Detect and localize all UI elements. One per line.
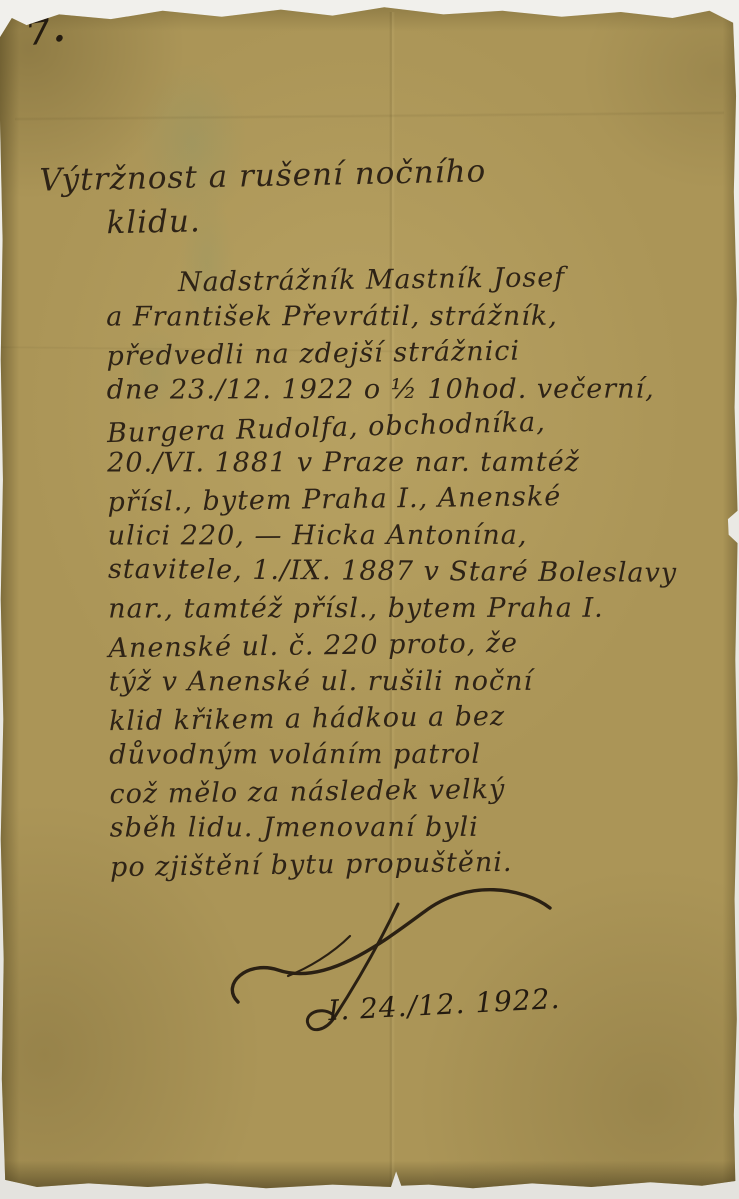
document-heading: Výtržnost a rušení nočního klidu. xyxy=(39,153,487,242)
handwritten-line: Nadstrážník Mastník Josef xyxy=(106,258,731,303)
handwritten-line: stavitele, 1./IX. 1887 v Staré Boleslavy xyxy=(108,552,733,593)
handwritten-line: sběh lidu. Jmenovaní byli xyxy=(110,809,735,847)
handwritten-line: ulici 220, — Hicka Antonína, xyxy=(108,517,733,555)
handwritten-line: důvodným voláním patrol xyxy=(109,736,734,774)
handwritten-line: což mělo za následek velký xyxy=(109,769,734,814)
handwritten-line: nar., tamtéž přísl., bytem Praha I. xyxy=(108,590,733,628)
page-number-marker: 7. xyxy=(23,7,68,54)
handwritten-line: 20./VI. 1881 v Praze nar. tamtéž xyxy=(107,444,732,482)
signature-block: I. 24./12. 1922. xyxy=(228,884,588,1084)
heading-line: Výtržnost a rušení nočního xyxy=(39,153,486,198)
paper-sheet: 7. Výtržnost a rušení nočního klidu. Nad… xyxy=(0,0,739,1199)
scanned-document: 7. Výtržnost a rušení nočního klidu. Nad… xyxy=(0,0,739,1199)
handwritten-line: Anenské ul. č. 220 proto, že xyxy=(108,623,733,668)
handwritten-body: Nadstrážník Mastník Josef a František Př… xyxy=(106,260,735,885)
handwritten-line: předvedli na zdejší strážnici xyxy=(106,331,731,376)
heading-line: klidu. xyxy=(106,197,487,241)
handwritten-line: po zjištění bytu propuštěni. xyxy=(110,842,735,887)
handwritten-line: a František Převrátil, strážník, xyxy=(106,298,731,336)
handwritten-line: klid křikem a hádkou a bez xyxy=(109,696,734,741)
handwritten-line: přísl., bytem Praha I., Anenské xyxy=(107,477,732,522)
handwritten-line: týž v Anenské ul. rušili noční xyxy=(109,663,734,701)
paper-crease xyxy=(15,111,724,121)
